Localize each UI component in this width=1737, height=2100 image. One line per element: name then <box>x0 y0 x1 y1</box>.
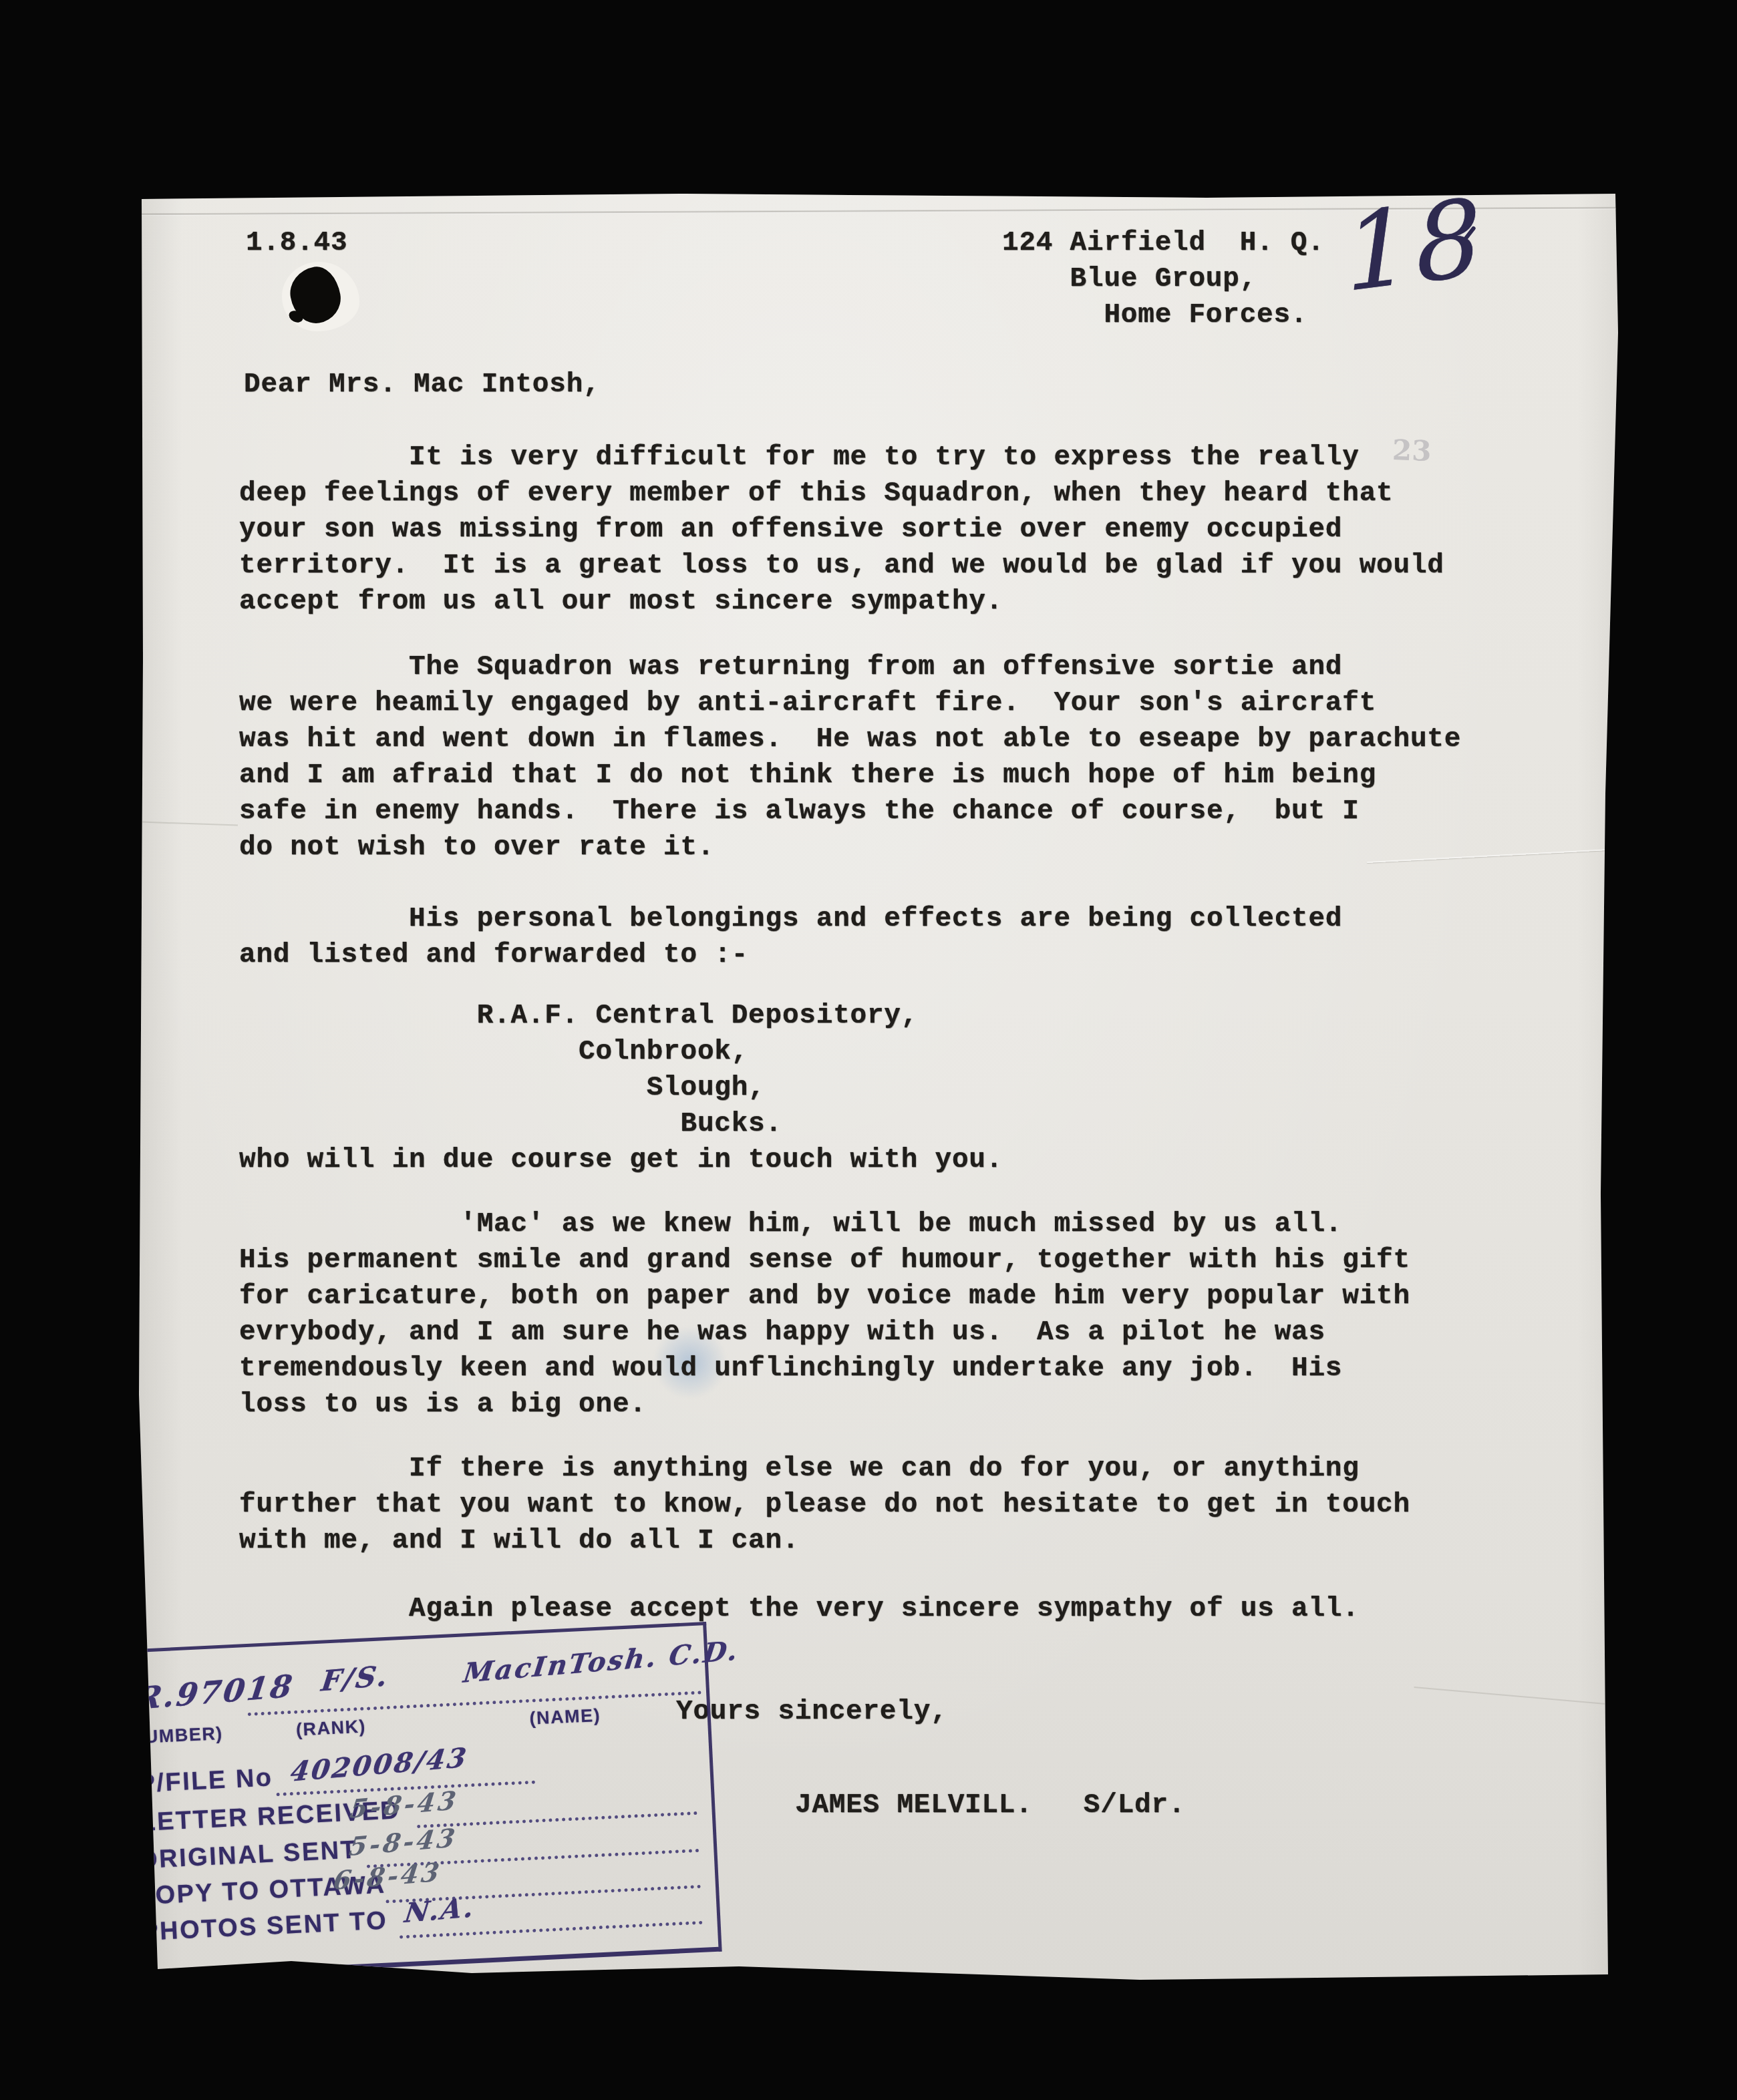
stamp-row-identity: R.97018 F/S. MacInTosh. C.D. <box>96 1645 706 1712</box>
number-label: (NUMBER) <box>124 1723 224 1749</box>
crease-bottom-right <box>1414 1687 1613 1705</box>
signature-line: JAMES MELVILL. S/Ldr. <box>795 1787 1185 1823</box>
paragraph-offer-help: If there is anything else we can do for … <box>239 1451 1410 1559</box>
sender-address: 124 Airfield H. Q. Blue Group, Home Forc… <box>1002 225 1325 333</box>
name-entry: MacInTosh. C.D. <box>462 1634 742 1689</box>
raf-depository-address: R.A.F. Central Depository, Colnbrook, Sl… <box>239 998 1003 1178</box>
rank-entry: F/S. <box>319 1659 391 1698</box>
letter-date: 1.8.43 <box>246 225 347 261</box>
paragraph-closing: Again please accept the very sincere sym… <box>239 1591 1360 1627</box>
scanned-letter-photo: { "document": { "date": "1.8.43", "page_… <box>0 0 1737 2100</box>
photos-sent-entry: N.A. <box>403 1892 477 1929</box>
file-label: P/FILE No <box>138 1763 274 1799</box>
paragraph-belongings: His personal belongings and effects are … <box>239 901 1342 973</box>
salutation: Dear Mrs. Mac Intosh, <box>244 367 600 403</box>
crease-left-edge <box>138 821 238 826</box>
page-number-annotation: 18 <box>1341 176 1489 316</box>
letter-page: 18 23 1.8.43 124 Airfield H. Q. Blue Gro… <box>138 192 1622 1982</box>
paragraph-squadron: The Squadron was returning from an offen… <box>239 649 1461 866</box>
valediction: Yours sincerely, <box>676 1694 947 1730</box>
paragraph-sympathy: It is very difficult for me to try to ex… <box>239 440 1444 620</box>
receipt-stamp: R.97018 F/S. MacInTosh. C.D. (NUMBER) (R… <box>94 1622 722 1980</box>
name-label: (NAME) <box>529 1705 601 1729</box>
rank-label: (RANK) <box>295 1717 366 1741</box>
paragraph-mac-tribute: 'Mac' as we knew him, will be much misse… <box>239 1206 1410 1423</box>
